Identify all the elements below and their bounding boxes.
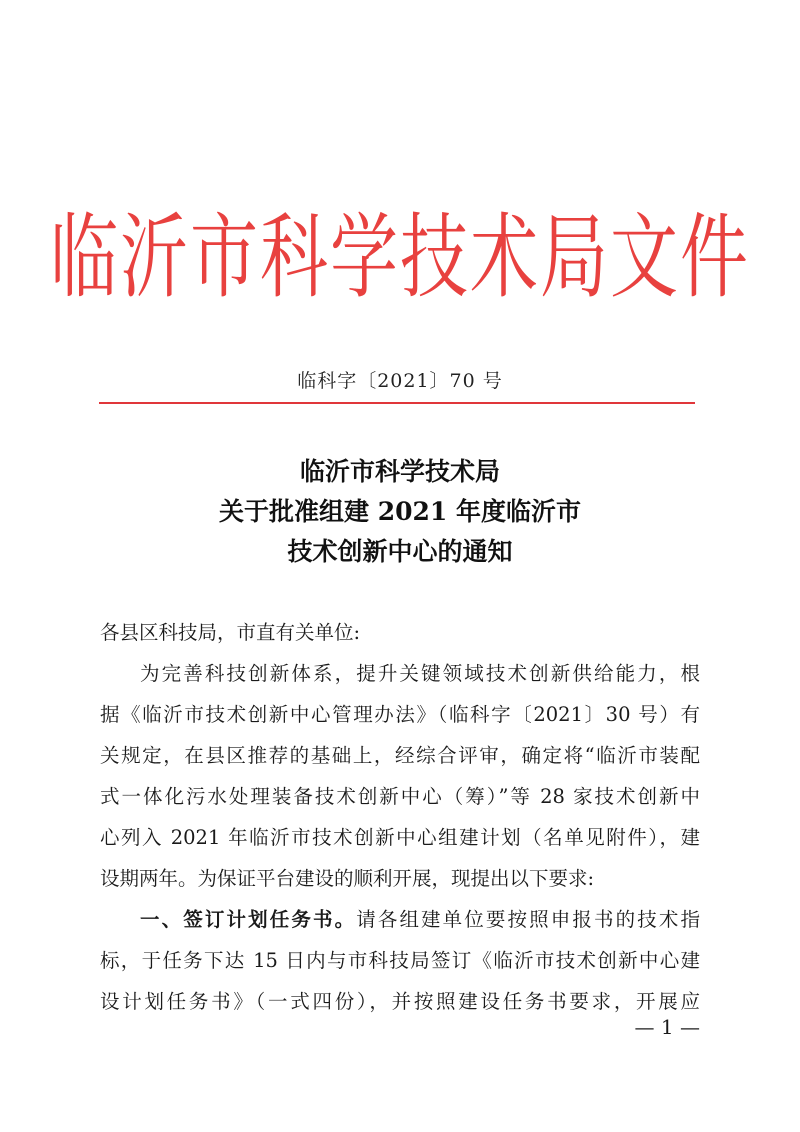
addressee: 各县区科技局，市直有关单位:	[100, 612, 700, 653]
page-number: — 1 —	[600, 1015, 700, 1039]
document-body: 各县区科技局，市直有关单位: 为完善科技创新体系，提升关键领域技术创新供给能力，…	[100, 612, 700, 1022]
section-1-heading: 一、签订计划任务书。	[140, 908, 356, 931]
section-1-text: 请各组建单位要按照申报书的技术指	[356, 908, 700, 931]
body-line: 设期两年。为保证平台建设的顺利开展，现提出以下要求:	[100, 858, 700, 899]
body-line: 标，于任务下达 15 日内与市科技局签订《临沂市技术创新中心建	[100, 940, 700, 981]
notice-title: 临沂市科学技术局 关于批准组建 2021 年度临沂市 技术创新中心的通知	[0, 452, 800, 572]
body-line: 据《临沂市技术创新中心管理办法》（临科字〔2021〕30 号）有	[100, 694, 700, 735]
body-line: 式一体化污水处理装备技术创新中心（筹）”等 28 家技术创新中	[100, 776, 700, 817]
body-line: 为完善科技创新体系，提升关键领域技术创新供给能力，根	[100, 653, 700, 694]
document-header-title: 临沂市科学技术局文件	[100, 180, 700, 322]
notice-title-line: 关于批准组建 2021 年度临沂市	[0, 492, 800, 532]
notice-title-line: 临沂市科学技术局	[0, 452, 800, 492]
section-1-first-line: 一、签订计划任务书。请各组建单位要按照申报书的技术指	[100, 899, 700, 940]
document-number: 临科字〔2021〕70 号	[0, 366, 800, 393]
body-line: 关规定，在县区推荐的基础上，经综合评审，确定将“临沂市装配	[100, 735, 700, 776]
body-line: 心列入 2021 年临沂市技术创新中心组建计划（名单见附件），建	[100, 817, 700, 858]
red-divider-line	[99, 402, 695, 404]
notice-title-line: 技术创新中心的通知	[0, 532, 800, 572]
